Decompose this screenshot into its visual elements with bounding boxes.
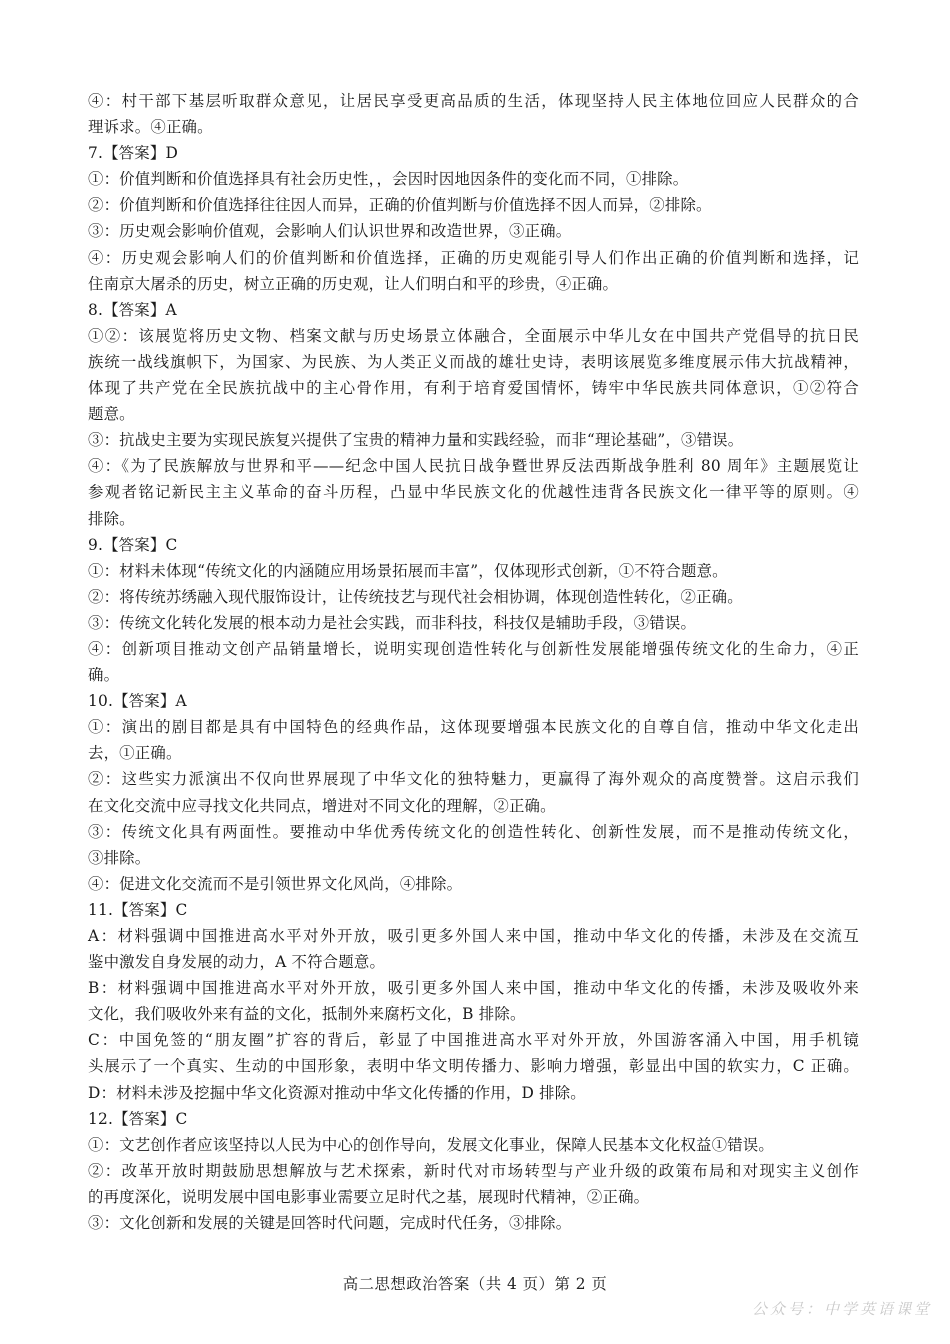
explanation-line: ③：历史观会影响价值观，会影响人们认识世界和改造世界，③正确。: [88, 218, 859, 244]
explanation-line: ③排除。: [88, 845, 859, 871]
section-q9: 9.【答案】C ①：材料未体现“传统文化的内涵随应用场景拓展而丰富”，仅体现形式…: [88, 532, 859, 689]
answer-header: 12.【答案】C: [88, 1106, 859, 1132]
section-q8: 8.【答案】A ①②：该展览将历史文物、档案文献与历史场景立体融合，全面展示中华…: [88, 297, 859, 532]
explanation-line: ①：材料未体现“传统文化的内涵随应用场景拓展而丰富”，仅体现形式创新，①不符合题…: [88, 558, 859, 584]
section-q11: 11.【答案】C A：材料强调中国推进高水平对外开放，吸引更多外国人来中国，推动…: [88, 897, 859, 1106]
page-footer: 高二思想政治答案（共 4 页）第 2 页: [0, 1272, 950, 1294]
explanation-line: 排除。: [88, 506, 859, 532]
answer-header: 11.【答案】C: [88, 897, 859, 923]
explanation-line: 理诉求。④正确。: [88, 114, 859, 140]
section-q7: 7.【答案】D ①：价值判断和价值选择具有社会历史性，，会因时因地因条件的变化而…: [88, 140, 859, 297]
explanation-line: ①：文艺创作者应该坚持以人民为中心的创作导向，发展文化事业，保障人民基本文化权益…: [88, 1132, 859, 1158]
explanation-line: ③：文化创新和发展的关键是回答时代问题，完成时代任务，③排除。: [88, 1210, 859, 1236]
explanation-line: ①②：该展览将历史文物、档案文献与历史场景立体融合，全面展示中华儿女在中国共产党…: [88, 323, 859, 349]
section-q6-tail: ④：村干部下基层听取群众意见，让居民享受更高品质的生活，体现坚持人民主体地位回应…: [88, 88, 859, 140]
explanation-line: 族统一战线旗帜下，为国家、为民族、为人类正义而战的雄壮史诗，表明该展览多维度展示…: [88, 349, 859, 375]
answer-header: 7.【答案】D: [88, 140, 859, 166]
explanation-line: 鉴中激发自身发展的动力，A 不符合题意。: [88, 949, 859, 975]
explanation-line: 在文化交流中应寻找文化共同点，增进对不同文化的理解，②正确。: [88, 793, 859, 819]
explanation-line: 头展示了一个真实、生动的中国形象，表明中华文明传播力、影响力增强，彰显出中国的软…: [88, 1053, 859, 1079]
explanation-line: ④：村干部下基层听取群众意见，让居民享受更高品质的生活，体现坚持人民主体地位回应…: [88, 88, 859, 114]
explanation-line: ④：促进文化交流而不是引领世界文化风尚，④排除。: [88, 871, 859, 897]
explanation-line: 文化，我们吸收外来有益的文化，抵制外来腐朽文化，B 排除。: [88, 1001, 859, 1027]
explanation-line: ②：价值判断和价值选择往往因人而异，正确的价值判断与价值选择不因人而异，②排除。: [88, 192, 859, 218]
explanation-line: D：材料未涉及挖掘中华文化资源对推动中华文化传播的作用，D 排除。: [88, 1080, 859, 1106]
answer-document-body: ④：村干部下基层听取群众意见，让居民享受更高品质的生活，体现坚持人民主体地位回应…: [88, 88, 859, 1236]
explanation-line: ④：创新项目推动文创产品销量增长，说明实现创造性转化与创新性发展能增强传统文化的…: [88, 636, 859, 662]
answer-header: 9.【答案】C: [88, 532, 859, 558]
explanation-line: ①：演出的剧目都是具有中国特色的经典作品，这体现要增强本民族文化的自尊自信，推动…: [88, 714, 859, 740]
explanation-line: B：材料强调中国推进高水平对外开放，吸引更多外国人来中国，推动中华文化的传播，未…: [88, 975, 859, 1001]
explanation-line: A：材料强调中国推进高水平对外开放，吸引更多外国人来中国，推动中华文化的传播，未…: [88, 923, 859, 949]
explanation-line: 题意。: [88, 401, 859, 427]
explanation-line: ③：传统文化转化发展的根本动力是社会实践，而非科技，科技仅是辅助手段，③错误。: [88, 610, 859, 636]
section-q10: 10.【答案】A ①：演出的剧目都是具有中国特色的经典作品，这体现要增强本民族文…: [88, 688, 859, 897]
explanation-line: C：中国免签的“朋友圈”扩容的背后，彰显了中国推进高水平对外开放，外国游客涌入中…: [88, 1027, 859, 1053]
explanation-line: ③：抗战史主要为实现民族复兴提供了宝贵的精神力量和实践经验，而非“理论基础”，③…: [88, 427, 859, 453]
explanation-line: ④：《为了民族解放与世界和平——纪念中国人民抗日战争暨世界反法西斯战争胜利 80…: [88, 453, 859, 479]
watermark: 公众号：中学英语课堂: [752, 1298, 932, 1319]
explanation-line: 的再度深化，说明发展中国电影事业需要立足时代之基，展现时代精神，②正确。: [88, 1184, 859, 1210]
explanation-line: ④：历史观会影响人们的价值判断和价值选择，正确的历史观能引导人们作出正确的价值判…: [88, 245, 859, 271]
answer-header: 10.【答案】A: [88, 688, 859, 714]
explanation-line: 参观者铭记新民主主义革命的奋斗历程，凸显中华民族文化的优越性违背各民族文化一律平…: [88, 479, 859, 505]
explanation-line: ③：传统文化具有两面性。要推动中华优秀传统文化的创造性转化、创新性发展，而不是推…: [88, 819, 859, 845]
explanation-line: ②：将传统苏绣融入现代服饰设计，让传统技艺与现代社会相协调，体现创造性转化，②正…: [88, 584, 859, 610]
answer-header: 8.【答案】A: [88, 297, 859, 323]
explanation-line: 去，①正确。: [88, 740, 859, 766]
explanation-line: ②：这些实力派演出不仅向世界展现了中华文化的独特魅力，更赢得了海外观众的高度赞誉…: [88, 766, 859, 792]
explanation-line: 体现了共产党在全民族抗战中的主心骨作用，有利于培育爱国情怀，铸牢中华民族共同体意…: [88, 375, 859, 401]
explanation-line: ②：改革开放时期鼓励思想解放与艺术探索，新时代对市场转型与产业升级的政策布局和对…: [88, 1158, 859, 1184]
section-q12: 12.【答案】C ①：文艺创作者应该坚持以人民为中心的创作导向，发展文化事业，保…: [88, 1106, 859, 1236]
explanation-line: ①：价值判断和价值选择具有社会历史性，，会因时因地因条件的变化而不同，①排除。: [88, 166, 859, 192]
explanation-line: 确。: [88, 662, 859, 688]
explanation-line: 住南京大屠杀的历史，树立正确的历史观，让人们明白和平的珍贵，④正确。: [88, 271, 859, 297]
